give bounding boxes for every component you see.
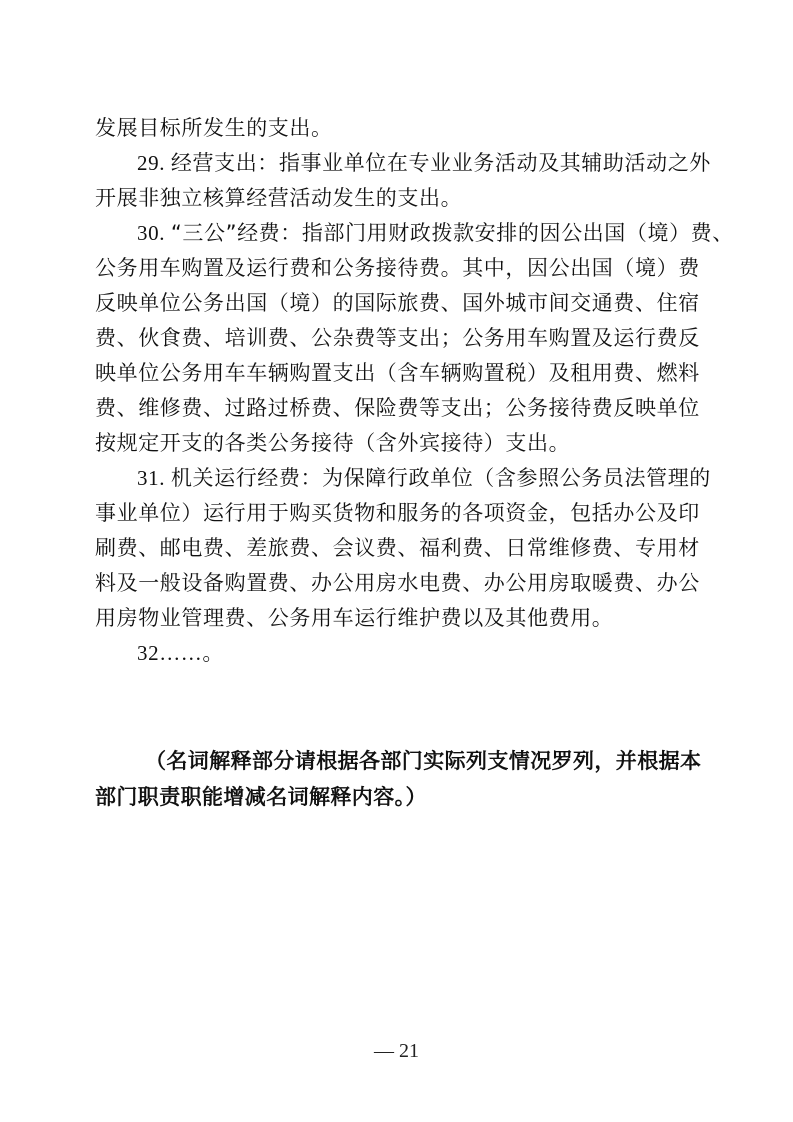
text-line: 发展目标所发生的支出。 — [95, 113, 333, 143]
text-line: 料及一般设备购置费、办公用房水电费、办公用房取暖费、办公 — [95, 568, 700, 598]
text-line: 刷费、邮电费、差旅费、会议费、福利费、日常维修费、专用材 — [95, 533, 700, 563]
text-line: 按规定开支的各类公务接待（含外宾接待）支出。 — [95, 428, 570, 458]
text-line: 公务用车购置及运行费和公务接待费。其中，因公出国（境）费 — [95, 253, 700, 283]
definition-31: 31. 机关运行经费：为保障行政单位（含参照公务员法管理的 — [137, 463, 711, 493]
text-line: 映单位公务用车车辆购置支出（含车辆购置税）及租用费、燃料 — [95, 358, 700, 388]
text-line: 用房物业管理费、公务用车运行维护费以及其他费用。 — [95, 603, 613, 633]
definition-30: 30. “三公”经费：指部门用财政拨款安排的因公出国（境）费、 — [137, 218, 734, 248]
instruction-note: 部门职责职能增减名词解释内容。） — [95, 782, 427, 812]
text-line: 费、伙食费、培训费、公杂费等支出；公务用车购置及运行费反 — [95, 323, 700, 353]
page-number: — 21 — [0, 1040, 793, 1063]
definition-29: 29. 经营支出：指事业单位在专业业务活动及其辅助活动之外 — [137, 148, 711, 178]
text-line: 事业单位）运行用于购买货物和服务的各项资金，包括办公及印 — [95, 498, 700, 528]
definition-32: 32……。 — [137, 638, 224, 668]
document-page: 发展目标所发生的支出。 29. 经营支出：指事业单位在专业业务活动及其辅助活动之… — [0, 0, 793, 1122]
instruction-note: （名词解释部分请根据各部门实际列支情况罗列，并根据本 — [145, 746, 701, 776]
text-line: 反映单位公务出国（境）的国际旅费、国外城市间交通费、住宿 — [95, 288, 700, 318]
text-line: 费、维修费、过路过桥费、保险费等支出；公务接待费反映单位 — [95, 393, 700, 423]
text-line: 开展非独立核算经营活动发生的支出。 — [95, 183, 462, 213]
